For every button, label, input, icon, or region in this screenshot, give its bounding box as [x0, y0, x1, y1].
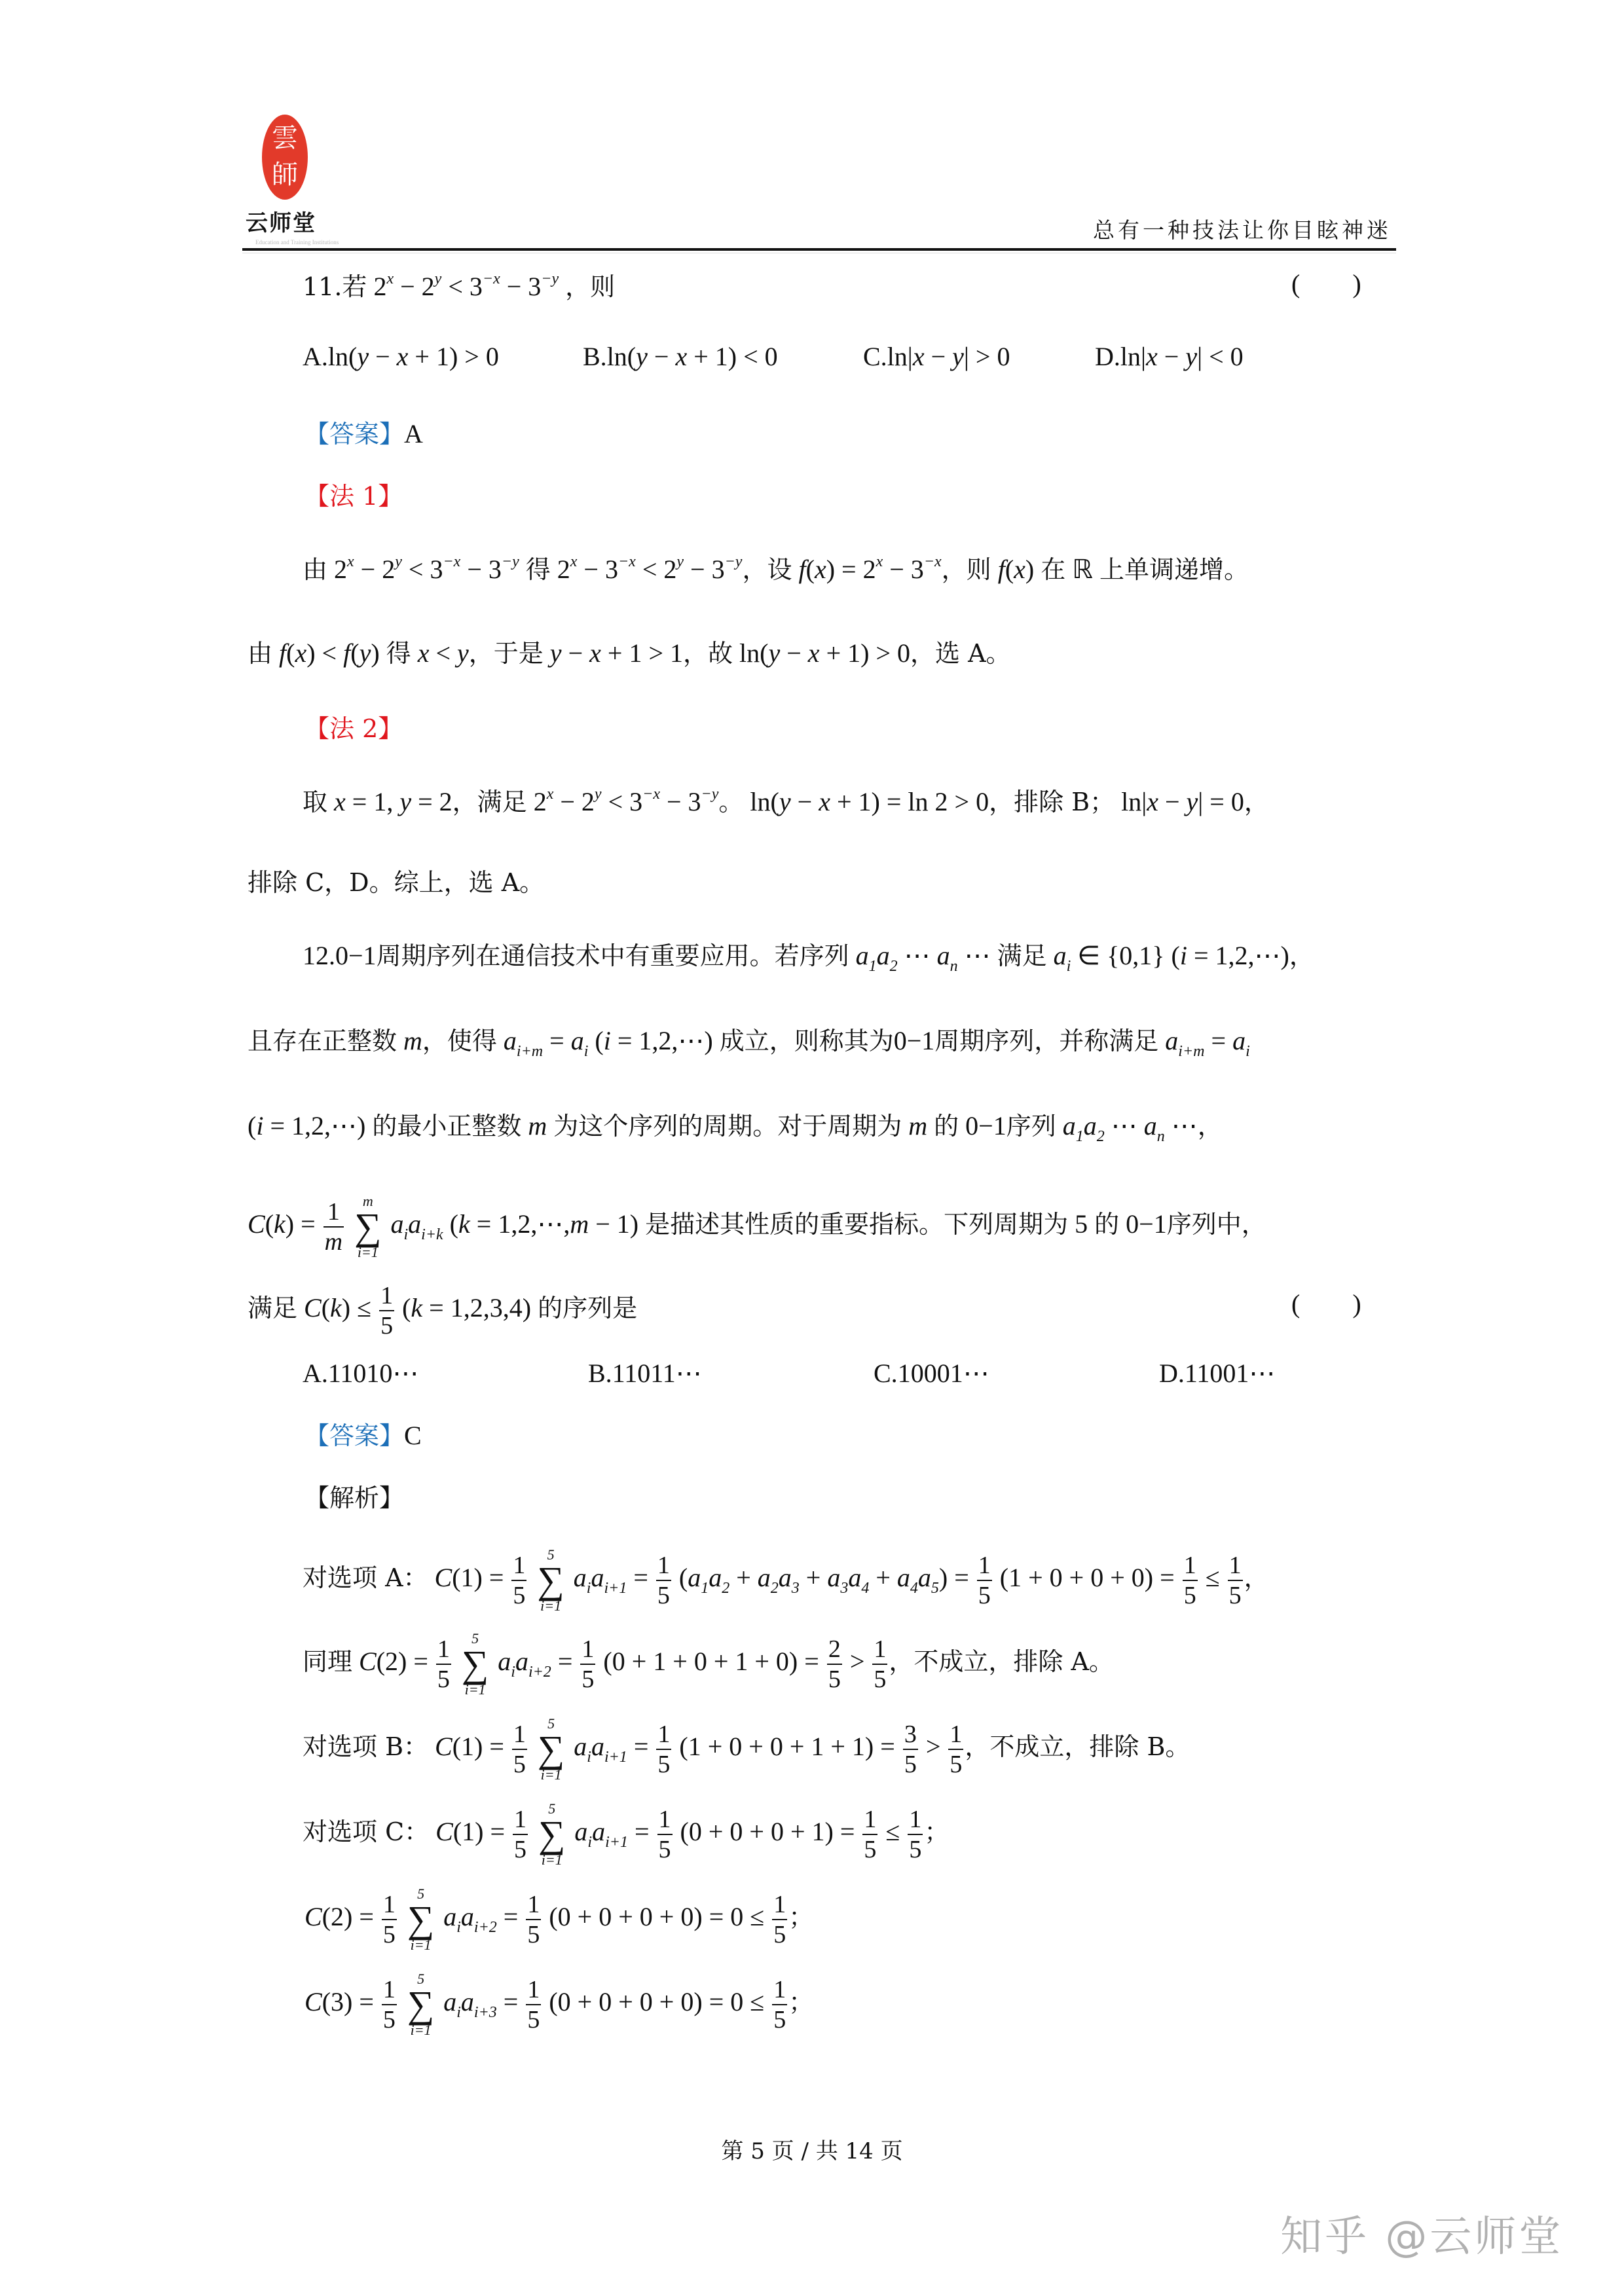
q11-option-c: C.ln|x − y| > 0 — [863, 337, 1010, 376]
analysis-option-c-c3: C(3) = 15 5∑i=1 aiai+3 = 15 (0 + 0 + 0 +… — [304, 1969, 813, 2037]
header-divider — [242, 248, 1396, 251]
q12-option-b: B.11011⋯ — [588, 1354, 702, 1393]
q12-stem-line2: 且存在正整数 m，使得 ai+m = ai (i = 1,2,⋯) 成立，则称其… — [248, 1021, 1250, 1061]
q12-stem-line4: C(k) = 1m m∑i=1 aiai+k (k = 1,2,⋯,m − 1)… — [248, 1192, 1266, 1260]
header-slogan: 总有一种技法让你目眩神迷 — [1093, 213, 1392, 244]
answer-value: A — [404, 419, 423, 448]
q12-option-a: A.11010⋯ — [303, 1354, 418, 1393]
q11-method1-line2: 由 f(x) < f(y) 得 x < y，于是 y − x + 1 > 1，故… — [248, 634, 1011, 673]
q11-answer-blank: ( ) — [1291, 268, 1361, 299]
q11-method1-tag: 【法 1】 — [304, 477, 403, 516]
q12-stem-line5: 满足 C(k) ≤ 15 (k = 1,2,3,4) 的序列是 — [248, 1275, 637, 1341]
analysis-option-b: 对选项 B： C(1) = 15 5∑i=1 aiai+1 = 15 (1 + … — [303, 1714, 1190, 1782]
q11-option-a: A.ln(y − x + 1) > 0 — [303, 337, 499, 376]
q12-option-d: D.11001⋯ — [1159, 1354, 1275, 1393]
watermark: 知乎 @云师堂 — [1280, 2203, 1563, 2263]
logo-name: 云师堂 — [246, 205, 316, 237]
q12-stem-line3: (i = 1,2,⋯) 的最小正整数 m 为这个序列的周期。对于周期为 m 的 … — [248, 1106, 1223, 1146]
analysis-option-a-c1: 对选项 A： C(1) = 15 5∑i=1 aiai+1 = 15 (a1a2… — [303, 1545, 1269, 1613]
brand-logo: 雲師 云师堂 Education and Training Institutio… — [242, 115, 341, 246]
q11-answer: 【答案】A — [304, 414, 423, 454]
analysis-option-c-c1: 对选项 C： C(1) = 15 5∑i=1 aiai+1 = 15 (0 + … — [303, 1799, 949, 1867]
analysis-option-c-c2: C(2) = 15 5∑i=1 aiai+2 = 15 (0 + 0 + 0 +… — [304, 1884, 813, 1952]
q12-stem-line1: 12.0−1周期序列在通信技术中有重要应用。若序列 a1a2 ⋯ an ⋯ 满足… — [303, 936, 1314, 975]
header-divider-thin — [242, 253, 1396, 253]
answer-tag: 【答案】 — [304, 420, 404, 448]
q12-answer: 【答案】C — [304, 1416, 422, 1455]
q11-option-b: B.ln(y − x + 1) < 0 — [583, 337, 778, 376]
q11-method2-tag: 【法 2】 — [304, 709, 403, 748]
q11-stem: 11.若 2x − 2y < 3−x − 3−y ，则 — [303, 267, 615, 306]
q11-option-d: D.ln|x − y| < 0 — [1095, 337, 1244, 376]
q11-method2-line1: 取 x = 1, y = 2，满足 2x − 2y < 3−x − 3−y。 l… — [303, 782, 1269, 822]
seal-icon: 雲師 — [262, 115, 308, 200]
answer-value: C — [404, 1421, 422, 1450]
q12-option-c: C.10001⋯ — [874, 1354, 989, 1393]
document-page: 雲師 云师堂 Education and Training Institutio… — [0, 0, 1624, 2296]
q12-answer-blank: ( ) — [1291, 1288, 1361, 1319]
q11-method2-line2: 排除 C，D。综上，选 A。 — [248, 863, 544, 902]
q11-method1-line1: 由 2x − 2y < 3−x − 3−y 得 2x − 3−x < 2y − … — [303, 550, 1249, 589]
analysis-option-a-c2: 同理 C(2) = 15 5∑i=1 aiai+2 = 15 (0 + 1 + … — [303, 1629, 1114, 1697]
page-number: 第 5 页 / 共 14 页 — [0, 2133, 1624, 2165]
logo-subtitle: Education and Training Institutions — [255, 239, 339, 246]
answer-tag: 【答案】 — [304, 1421, 404, 1450]
q12-analysis-tag: 【解析】 — [304, 1478, 404, 1518]
